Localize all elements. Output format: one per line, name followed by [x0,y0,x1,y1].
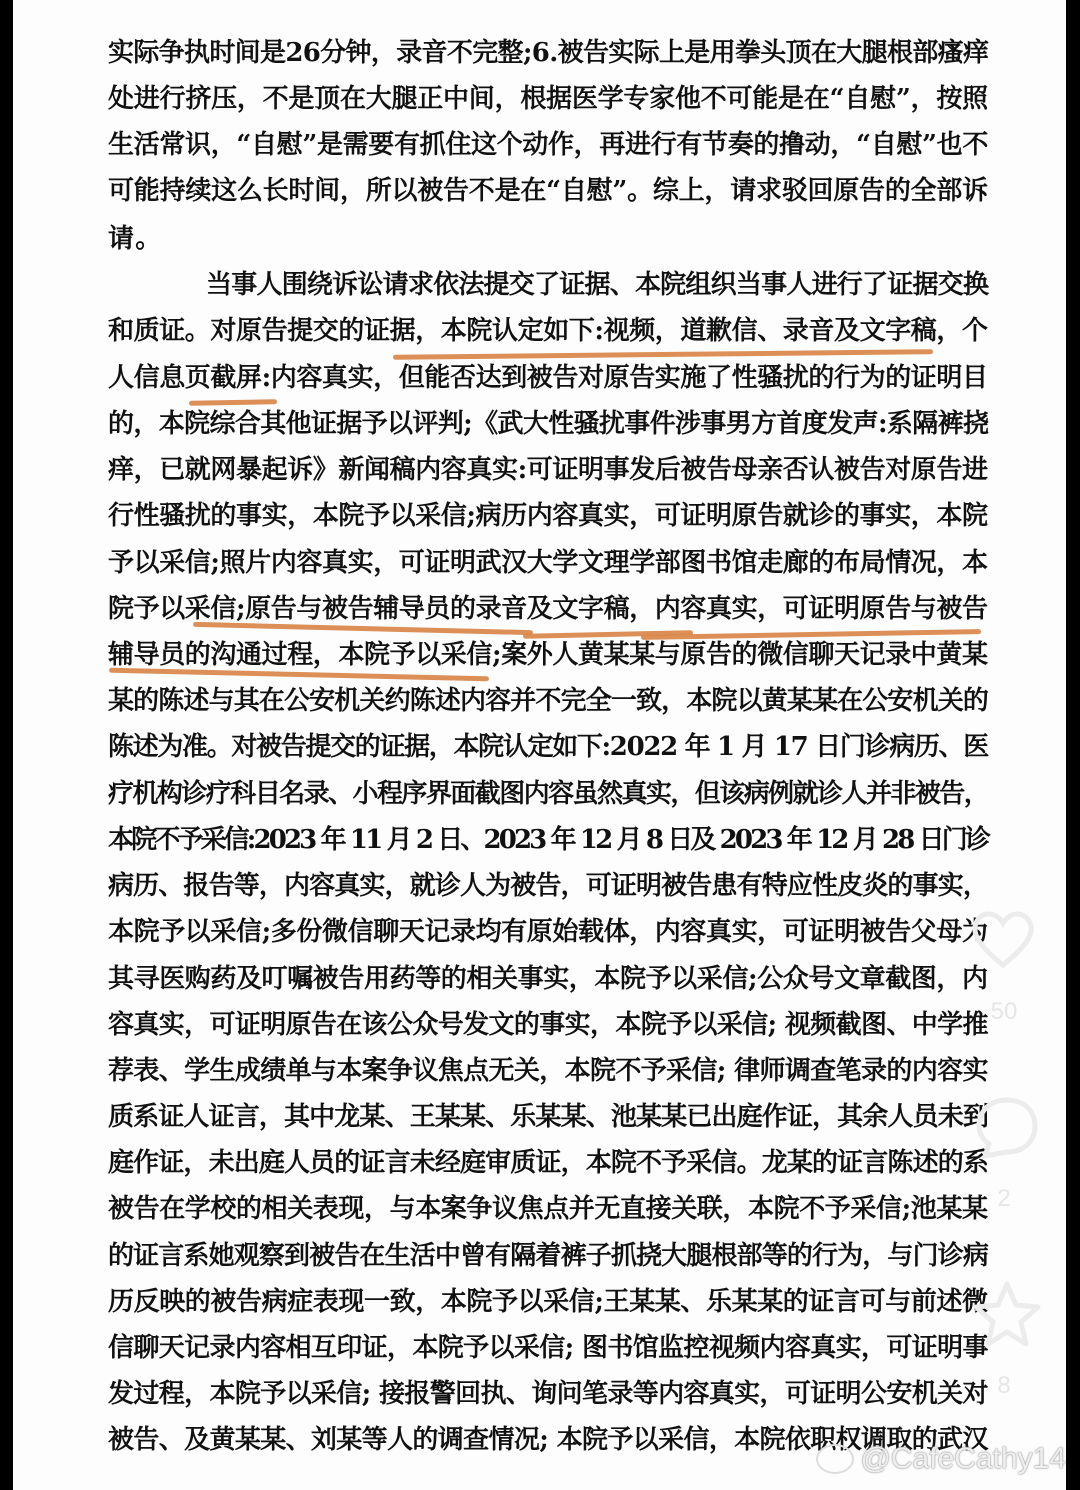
document-line: 和质证。对原告提交的证据，本院认定如下:视频，道歉信、录音及文字稿，个 [108,316,988,346]
favorite-count: 8 [974,1372,1034,1400]
document-line: 辅导员的沟通过程，本院予以采信;案外人黄某某与原告的微信聊天记录中黄某 [108,640,988,670]
document-line: 病历、报告等，内容真实，就诊人为被告，可证明被告患有特应性皮炎的事实， [108,871,988,901]
document-line: 历反映的被告病症表现一致，本院予以采信;王某某、乐某某的证言可与前述微 [108,1287,988,1317]
document-line: 当事人围绕诉讼请求依法提交了证据、本院组织当事人进行了证据交换 [206,270,988,300]
watermark: @CafeCathy14 [816,1442,1066,1476]
document-line: 请。 [108,224,988,254]
comment-count: 2 [974,1185,1034,1213]
document-line: 的，本院综合其他证据予以评判;《武大性骚扰事件涉事男方首度发声:系隔裤挠 [108,409,988,439]
document-line: 的证言系她观察到被告在生活中曾有隔着裤子抓挠大腿根部等的行为，与门诊病 [108,1241,988,1271]
weibo-logo-icon [816,1444,854,1474]
document-line: 被告在学校的相关表现，与本案争议焦点并无直接关联，本院不予采信;池某某 [108,1194,988,1224]
document-line: 予以采信;照片内容真实，可证明武汉大学文理学部图书馆走廊的布局情况，本 [108,548,988,578]
highlight-underline [393,349,933,360]
document-line: 痒，已就网暴起诉》新闻稿内容真实:可证明事发后被告母亲否认被告对原告进 [108,455,988,485]
document-line: 行性骚扰的事实，本院予以采信;病历内容真实，可证明原告就诊的事实，本院 [108,501,988,531]
document-line: 生活常识，“自慰”是需要有抓住这个动作，再进行有节奏的撸动，“自慰”也不 [108,130,988,160]
document-line: 疗机构诊疗科目名录、小程序界面截图内容虽然真实，但该病例就诊人并非被告， [108,779,988,809]
document-line: 处进行挤压，不是顶在大腿正中间，根据医学专家他不可能是在“自慰”，按照 [108,84,988,114]
document-line: 本院不予采信:2023 年 11 月 2 日、2023 年 12 月 8 日及 … [108,825,988,855]
like-count: 50 [974,998,1034,1026]
document-line: 发过程，本院予以采信; 接报警回执、询问笔录等内容真实，可证明公安机关对 [108,1379,988,1409]
watermark-text: @CafeCathy14 [860,1442,1066,1476]
heart-icon[interactable] [968,905,1038,975]
document-line: 容真实，可证明原告在该公众号发文的事实，本院予以采信; 视频截图、中学推 [108,1010,988,1040]
document-line: 本院予以采信;多份微信聊天记录均有原始载体，内容真实，可证明被告父母为 [108,917,988,947]
highlight-underline [189,399,277,406]
document-line: 信聊天记录内容相互印证，本院予以采信; 图书馆监控视频内容真实，可证明事 [108,1333,988,1363]
document-line: 人信息页截屏:内容真实，但能否达到被告对原告实施了性骚扰的行为的证明目 [108,363,988,393]
document-line: 可能持续这么长时间，所以被告不是在“自慰”。综上，请求驳回原告的全部诉 [108,176,988,206]
star-icon[interactable] [971,1278,1043,1350]
comment-bubble-icon[interactable] [971,1092,1043,1164]
document-line: 实际争执时间是26分钟，录音不完整;6.被告实际上是用拳头顶在大腿根部瘙痒 [108,38,988,68]
document-line: 荐表、学生成绩单与本案争议焦点无关，本院不予采信; 律师调查笔录的内容实 [108,1056,988,1086]
document-line: 某的陈述与其在公安机关约陈述内容并不完全一致，本院以黄某某在公安机关的 [108,686,988,716]
document-line: 庭作证，未出庭人员的证言未经庭审质证，本院不予采信。龙某的证言陈述的系 [108,1148,988,1178]
document-line: 其寻医购药及叮嘱被告用药等的相关事实，本院予以采信;公众号文章截图，内 [108,964,988,994]
document-line: 陈述为准。对被告提交的证据，本院认定如下:2022 年 1 月 17 日门诊病历… [108,732,988,762]
document-line: 院予以采信;原告与被告辅导员的录音及文字稿，内容真实，可证明原告与被告 [108,594,988,624]
document-page: 实际争执时间是26分钟，录音不完整;6.被告实际上是用拳头顶在大腿根部瘙痒处进行… [13,0,1066,1490]
document-line: 质系证人证言，其中龙某、王某某、乐某某、池某某已出庭作证，其余人员未到 [108,1102,988,1132]
